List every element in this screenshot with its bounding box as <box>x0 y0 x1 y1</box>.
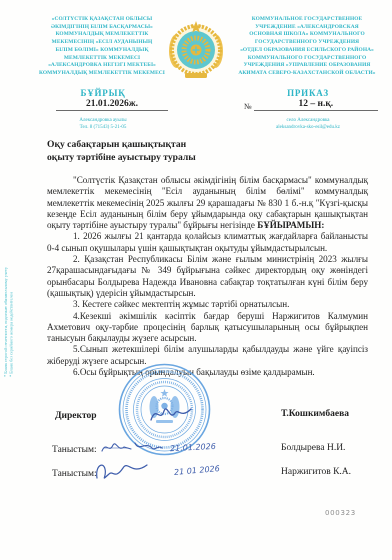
ack1-name: Болдырева Н.И. <box>281 443 345 453</box>
ack2-handwritten-date: 21 01 2026 <box>174 464 220 477</box>
org-line: «ОТДЕЛ ОБРАЗОВАНИЯ ЕСИЛЬСКОГО РАЙОНА» <box>226 47 388 55</box>
subject-line: оқыту тәртібіне ауыстыру туралы <box>47 152 196 165</box>
phone: Тел. 8 (71543) 5-21-05 <box>26 125 180 132</box>
org-line: «АЛЕКСАНДРОВКА НЕГІЗГІ МЕКТЕБІ» <box>24 62 180 70</box>
org-line: ОСНОВНАЯ ШКОЛА» КОММУНАЛЬНОГО <box>226 31 388 39</box>
form-serial-number: 000323 <box>325 509 356 517</box>
contact-kazakh: Александровка ауылы Тел. 8 (71543) 5-21-… <box>26 118 180 131</box>
org-line: КОММУНАЛЬНОЕ ГОСУДАРСТВЕННОЕ <box>226 16 388 24</box>
director-name: Т.Кошкимбаева <box>281 409 349 419</box>
ack1-signature <box>100 439 164 457</box>
order-item: 4.Кезекші әкімшілік кәсіптік бағдар беру… <box>47 311 368 345</box>
kazakhstan-state-emblem-icon <box>165 18 227 82</box>
order-item: 2. Қазақстан Республикасы Білім және ғыл… <box>47 254 368 299</box>
intro-paragraph: "Солтүстік Қазақстан облысы әкімдігінің … <box>47 175 368 231</box>
strict-accountability-margin-note: * Бланк строгой отчетности, подлежит обя… <box>3 232 14 377</box>
org-line: УЧРЕЖДЕНИЕ «АЛЕКСАНДРОВСКАЯ <box>226 24 388 32</box>
org-line: УЧРЕЖДЕНИЯ «УПРАВЛЕНИЕ ОБРАЗОВАНИЯ <box>226 62 388 70</box>
order-item: 1. 2026 жылғы 21 қантарда қолайсыз клима… <box>47 231 368 254</box>
order-item: 3. Кестеге сәйкес мектептің жұмыс тәртіб… <box>47 299 368 310</box>
org-name-kazakh: «СОЛТҮСТІК ҚАЗАҚСТАН ОБЛЫСЫ ӘКІМДІГІНІҢ … <box>24 16 180 78</box>
ack2-label: Таныстым: <box>52 469 97 479</box>
director-label: Директор <box>55 411 97 421</box>
margin-note-line: * Бланк без серийного номера недействите… <box>9 232 15 377</box>
ack1-label: Таныстым: <box>52 445 97 455</box>
org-name-russian: КОММУНАЛЬНОЕ ГОСУДАРСТВЕННОЕ УЧРЕЖДЕНИЕ … <box>226 16 388 78</box>
order-date: 21.01.2026ж. <box>56 99 168 111</box>
org-line: ӘКІМДІГІНІҢ БІЛІМ БАСҚАРМАСЫ» <box>24 24 180 32</box>
org-line: КОММУНАЛЬНОГО ГОСУДАРСТВЕННОГО <box>226 55 388 63</box>
number-sign: № <box>244 102 254 111</box>
subject-line: Оқу сабақтарын қашықтықтан <box>47 139 196 152</box>
place-kazakh: Александровка ауылы <box>26 118 180 125</box>
order-number: 12 – н.қ. <box>254 99 378 111</box>
ack2-signature <box>92 459 152 485</box>
order-subject: Оқу сабақтарын қашықтықтан оқыту тәртібі… <box>47 139 196 164</box>
org-line: КОММУНАЛДЫҚ МЕМЛЕКЕТТІК МЕКЕМЕСІ <box>24 70 180 78</box>
contact-russian: село Александровка aleksandrovka-sko-esi… <box>238 118 378 131</box>
place-russian: село Александровка <box>238 118 378 125</box>
email: aleksandrovka-sko-esil@edu.kz <box>238 125 378 132</box>
org-line: АКИМАТА СЕВЕРО-КАЗАХСТАНСКОЙ ОБЛАСТИ» <box>226 70 388 78</box>
scanned-order-document: «СОЛТҮСТІК ҚАЗАҚСТАН ОБЛЫСЫ ӘКІМДІГІНІҢ … <box>0 0 392 560</box>
org-line: КОММУНАЛДЫҚ МЕМЛЕКЕТТІК <box>24 31 180 39</box>
ack2-name: Наржигитов К.А. <box>281 467 351 477</box>
director-signature <box>148 402 194 428</box>
resolve-word: БҰЙЫРАМЫН: <box>257 220 324 230</box>
order-title-russian: ПРИКАЗ <box>238 88 378 98</box>
org-line: МЕМЛЕКЕТТІК МЕКЕМЕСІ <box>24 55 180 63</box>
order-body: "Солтүстік Қазақстан облысы әкімдігінің … <box>47 175 368 378</box>
order-title-kazakh: БҰЙРЫҚ <box>26 88 180 98</box>
order-number-row: № 12 – н.қ. <box>244 99 378 111</box>
org-line: БІЛІМ БӨЛІМІ» КОММУНАЛДЫҚ <box>24 47 180 55</box>
org-line: ГОСУДАРСТВЕННОГО УЧРЕЖДЕНИЯ <box>226 39 388 47</box>
org-line: «СОЛТҮСТІК ҚАЗАҚСТАН ОБЛЫСЫ <box>24 16 180 24</box>
org-line: МЕКЕМЕСІНІҢ «ЕСІЛ АУДАНЫНЫҢ <box>24 39 180 47</box>
